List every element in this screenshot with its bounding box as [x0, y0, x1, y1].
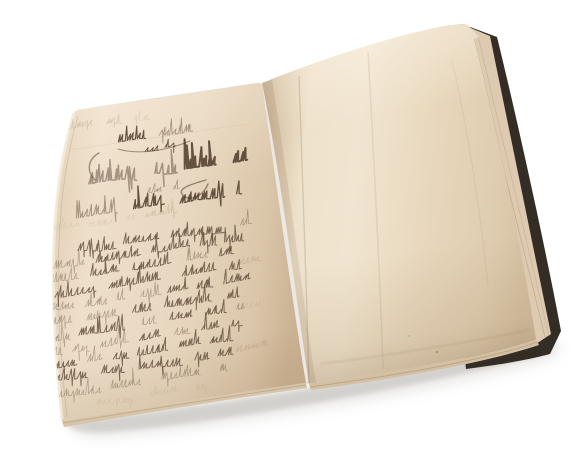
photo-stage	[0, 0, 579, 472]
manuscript-photo	[0, 0, 579, 472]
left-page	[53, 83, 307, 427]
